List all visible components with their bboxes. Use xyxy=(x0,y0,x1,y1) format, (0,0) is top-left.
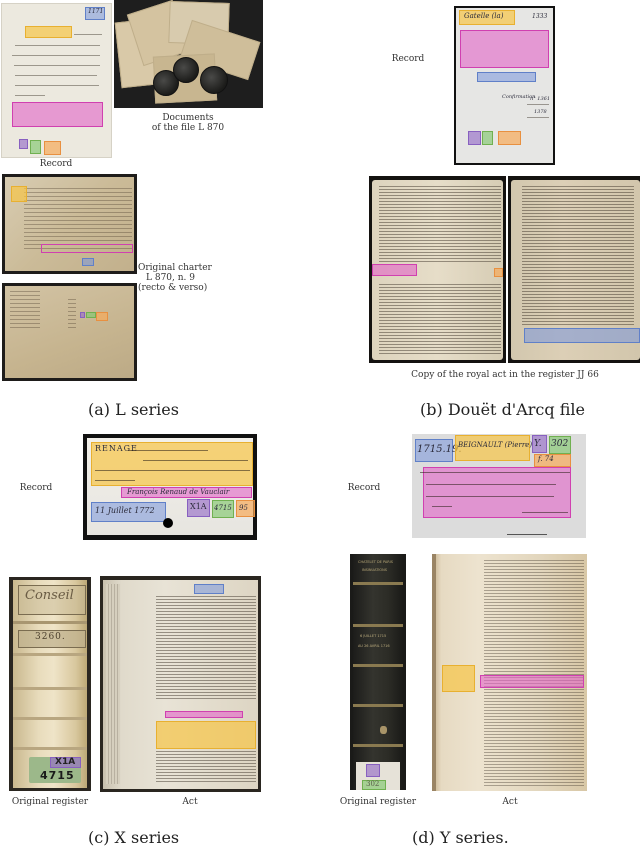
panel-c-record-card: RENAGE François Renaud de Vauclair 11 Ju… xyxy=(83,434,257,540)
record-tag-text: 1171 xyxy=(88,8,103,15)
record-series-tag xyxy=(468,131,481,145)
panel-c-register-spine: Conseil 3260. X1A 4715 xyxy=(9,577,91,791)
charter-initial-highlight xyxy=(11,186,27,202)
act-date-highlight xyxy=(194,584,224,594)
panel-c-caption: (c) X series xyxy=(88,828,179,848)
panel-a-documents-photo xyxy=(114,0,263,108)
panel-d-caption: (d) Y series. xyxy=(412,828,509,848)
panel-d-act-page xyxy=(432,554,587,791)
spine-series-tag xyxy=(366,764,380,777)
panel-a-documents-label-2: of the file L 870 xyxy=(148,123,228,134)
register-act-highlight xyxy=(372,264,417,276)
record-tag-text: 1333 xyxy=(532,13,547,20)
register-margin-highlight xyxy=(494,268,503,277)
panel-c-act-label: Act xyxy=(170,797,210,808)
record-date-highlight xyxy=(477,72,536,82)
act-body-highlight xyxy=(480,675,584,688)
panel-a-record-label: Record xyxy=(36,159,76,170)
record-date-text: 11 Juillet 1772 xyxy=(95,506,155,515)
spine-register-number: 4715 xyxy=(40,769,75,782)
panel-d-original-register-label: Original register xyxy=(338,797,418,808)
record-body-highlight xyxy=(460,30,549,68)
charter-bottom-highlight xyxy=(82,258,94,266)
record-series-text: X1A xyxy=(190,502,207,511)
spine-series-text: X1A xyxy=(55,757,75,767)
spine-line-3: 6 JUILLET 1715 xyxy=(360,634,386,638)
record-number-tag xyxy=(482,131,493,145)
record-folio-text: f. 74 xyxy=(538,455,554,463)
record-number-tag xyxy=(30,140,41,154)
panel-d-register-spine: CHATELET DE PARIS INSINUATIONS 6 JUILLET… xyxy=(350,554,406,790)
verso-number-tag xyxy=(86,312,96,318)
panel-a-caption: (a) L series xyxy=(88,400,179,420)
record-body-highlight xyxy=(12,102,103,127)
panel-a-charter-recto xyxy=(2,174,137,274)
spine-line-1: CHATELET DE PARIS xyxy=(358,560,393,564)
panel-d-record-label: Record xyxy=(346,483,382,494)
record-number-text: 302 xyxy=(551,439,568,449)
panel-d-record-card: 1715.19. BEIGNAULT (Pierre) Y. 302 f. 74 xyxy=(412,434,586,538)
record-title-text: Gatelle (la) xyxy=(464,12,503,20)
spine-number: 302 xyxy=(366,780,379,788)
punch-hole xyxy=(163,518,173,528)
record-series-text: Y. xyxy=(534,439,542,449)
panel-b-record-label: Record xyxy=(390,54,426,65)
record-ref1: n° 1361 xyxy=(530,96,550,102)
panel-a-record-card: 1171 xyxy=(1,3,112,158)
charter-line-highlight xyxy=(41,244,133,253)
record-number-text: 4715 xyxy=(214,504,232,512)
act-margin-name-highlight xyxy=(442,665,475,692)
verso-series-tag xyxy=(80,312,85,318)
verso-folio-tag xyxy=(96,312,108,321)
panel-b-register-left-page xyxy=(369,176,506,363)
spine-title: Conseil xyxy=(25,588,74,603)
spine-number: 3260. xyxy=(35,632,66,642)
panel-a-charter-verso xyxy=(2,283,137,381)
record-person-text: François Renaud de Vauclair xyxy=(127,488,229,496)
record-folio-tag xyxy=(44,141,61,155)
record-folio-tag xyxy=(498,131,521,145)
record-body-highlight xyxy=(423,467,571,518)
record-folio-text: 95 xyxy=(239,504,248,512)
panel-b-register-label: Copy of the royal act in the register JJ… xyxy=(410,370,600,381)
spine-line-4: AU 26 AVRIL 1716 xyxy=(358,644,390,648)
act-person-highlight xyxy=(165,711,243,718)
panel-b-register-right-page xyxy=(508,176,640,363)
panel-a-charter-label-3: (recto & verso) xyxy=(138,283,203,294)
panel-c-act-page xyxy=(100,576,261,792)
panel-c-original-register-label: Original register xyxy=(10,797,90,808)
record-series-tag xyxy=(19,139,28,149)
wax-seal xyxy=(173,57,199,83)
spine-line-2: INSINUATIONS xyxy=(362,568,387,572)
act-name-highlight xyxy=(156,721,256,749)
record-ref2: 1378 xyxy=(534,109,547,115)
panel-b-record-card: Gatelle (la) 1333 Confirmation n° 1361 1… xyxy=(454,6,555,165)
record-title-highlight xyxy=(25,26,72,38)
register-date-highlight xyxy=(524,328,640,343)
wax-seal xyxy=(200,66,228,94)
panel-d-act-label: Act xyxy=(490,797,530,808)
panel-c-record-label: Record xyxy=(18,483,54,494)
record-name-text: RENAGE xyxy=(95,444,138,453)
panel-b-caption: (b) Douët d'Arcq file xyxy=(420,400,585,420)
record-name-text: BEIGNAULT (Pierre) xyxy=(458,441,532,449)
